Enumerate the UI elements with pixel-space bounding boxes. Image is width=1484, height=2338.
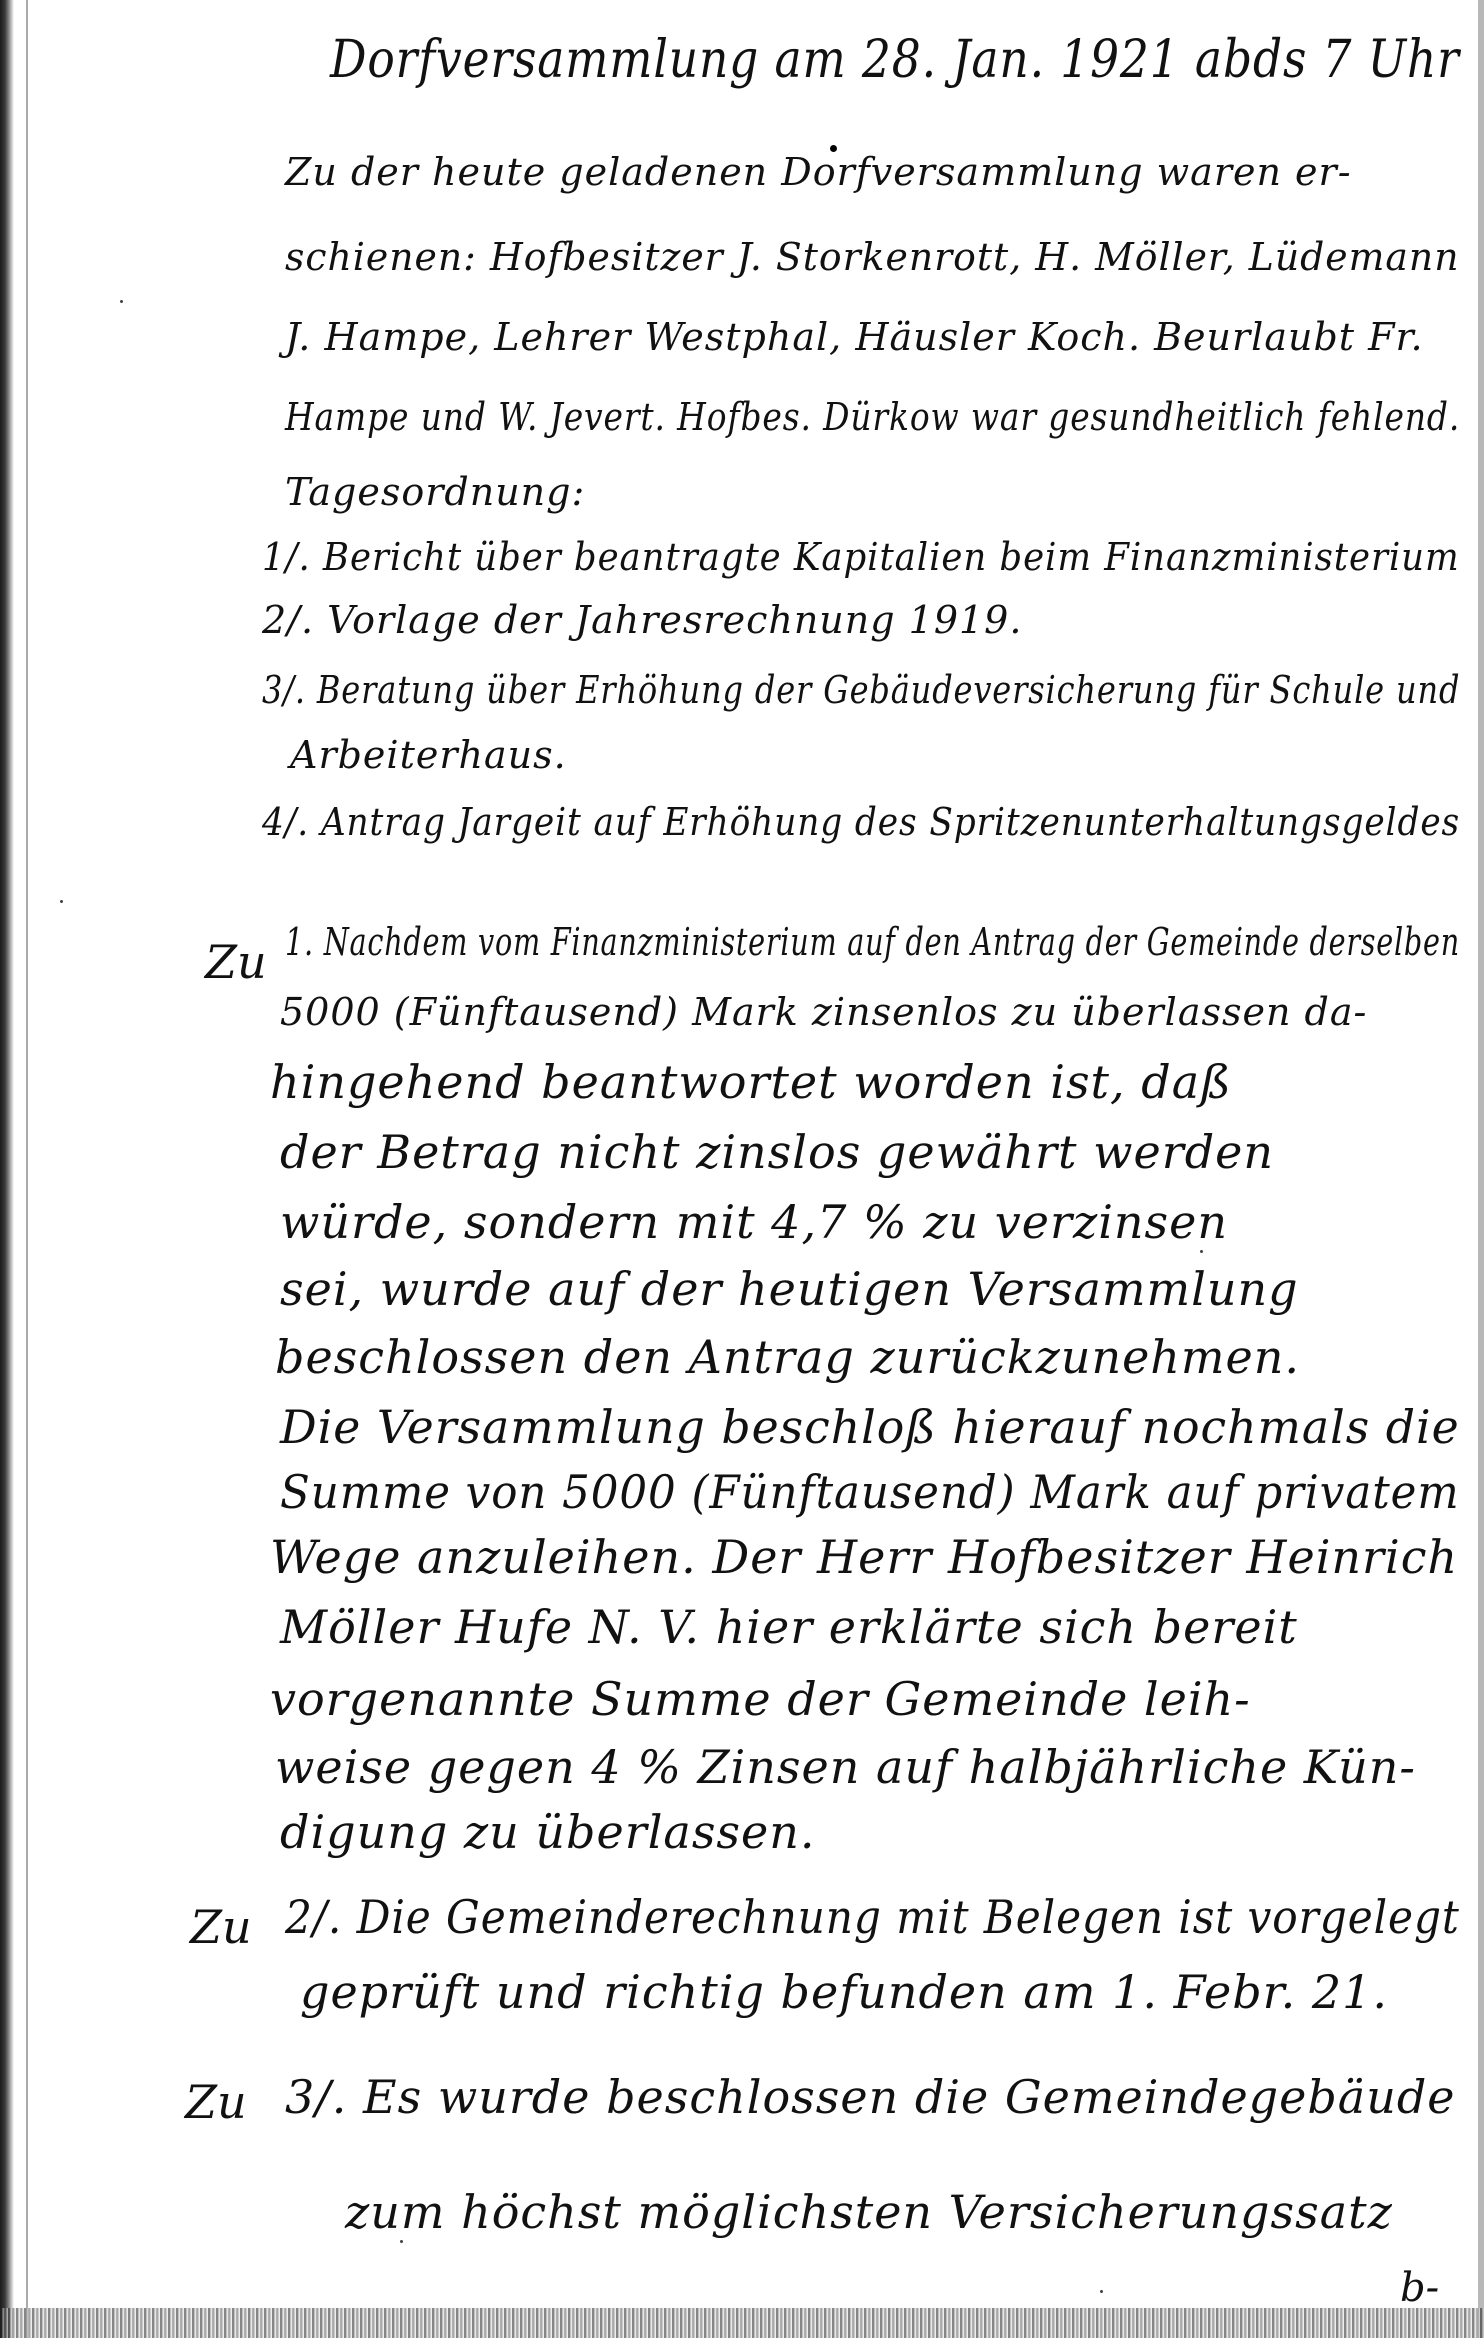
section-1-line: Die Versammlung beschloß hierauf nochmal… (280, 1400, 1460, 1454)
bottom-scan-noise (0, 2308, 1484, 2338)
scan-speck (1100, 2290, 1103, 2293)
agenda-heading: Tagesordnung: (285, 470, 585, 514)
section-1-line: würde, sondern mit 4,7 % zu verzinsen (280, 1195, 1228, 1249)
section-1-line: 5000 (Fünftausend) Mark zinsenlos zu übe… (280, 990, 1367, 1034)
margin-note-zu-1: Zu (205, 935, 267, 989)
intro-line: schienen: Hofbesitzer J. Storkenrott, H.… (285, 235, 1460, 279)
section-3-line: zum höchst möglichsten Versicherungssatz (345, 2185, 1393, 2239)
section-1-line: Möller Hufe N. V. hier erklärte sich ber… (280, 1600, 1298, 1654)
section-1-line: der Betrag nicht zinslos gewährt werden (280, 1125, 1274, 1179)
page-binding-edge (0, 0, 14, 2338)
binding-shadow-line (26, 0, 28, 2338)
section-3-line: 3/. Es wurde beschlossen die Gemeindegeb… (285, 2070, 1456, 2124)
section-1-line: digung zu überlassen. (280, 1805, 816, 1859)
section-1-line: Summe von 5000 (Fünftausend) Mark auf pr… (280, 1465, 1460, 1519)
right-page-edge (1478, 0, 1484, 2338)
intro-line: J. Hampe, Lehrer Westphal, Häusler Koch.… (285, 315, 1424, 359)
section-1-line: weise gegen 4 % Zinsen auf halbjährliche… (275, 1740, 1416, 1794)
agenda-item-2: 2/. Vorlage der Jahresrechnung 1919. (262, 598, 1022, 642)
section-1-line: hingehend beantwortet worden ist, daß (270, 1055, 1232, 1109)
section-1-line: Wege anzuleihen. Der Herr Hofbesitzer He… (270, 1530, 1458, 1584)
section-1-line: vorgenannte Summe der Gemeinde leih- (270, 1672, 1251, 1726)
scan-speck (400, 2240, 403, 2243)
margin-note-zu-2: Zu (190, 1900, 252, 1954)
margin-note-zu-3: Zu (185, 2075, 247, 2129)
scan-speck (1200, 1250, 1203, 1253)
section-2-line: geprüft und richtig befunden am 1. Febr.… (300, 1965, 1388, 2019)
agenda-item-3-cont: Arbeiterhaus. (290, 733, 567, 777)
section-1-line: 1. Nachdem vom Finanzministerium auf den… (285, 920, 1460, 964)
intro-line: Hampe und W. Jevert. Hofbes. Dürkow war … (285, 395, 1460, 439)
document-page: Dorfversammlung am 28. Jan. 1921 abds 7 … (0, 0, 1484, 2338)
scan-speck (60, 900, 63, 903)
section-1-line: beschlossen den Antrag zurückzunehmen. (275, 1330, 1300, 1384)
agenda-item-3: 3/. Beratung über Erhöhung der Gebäudeve… (262, 668, 1460, 712)
ink-dot (830, 145, 837, 152)
agenda-item-4: 4/. Antrag Jargeit auf Erhöhung des Spri… (262, 800, 1460, 844)
scan-speck (120, 300, 123, 303)
section-1-line: sei, wurde auf der heutigen Versammlung (280, 1262, 1299, 1316)
intro-line: Zu der heute geladenen Dorfversammlung w… (285, 150, 1352, 194)
agenda-item-1: 1/. Bericht über beantragte Kapitalien b… (262, 535, 1460, 579)
page-catchword: b- (1400, 2265, 1439, 2311)
section-2-line: 2/. Die Gemeinderechnung mit Belegen ist… (285, 1890, 1460, 1944)
document-title: Dorfversammlung am 28. Jan. 1921 abds 7 … (330, 30, 1460, 90)
